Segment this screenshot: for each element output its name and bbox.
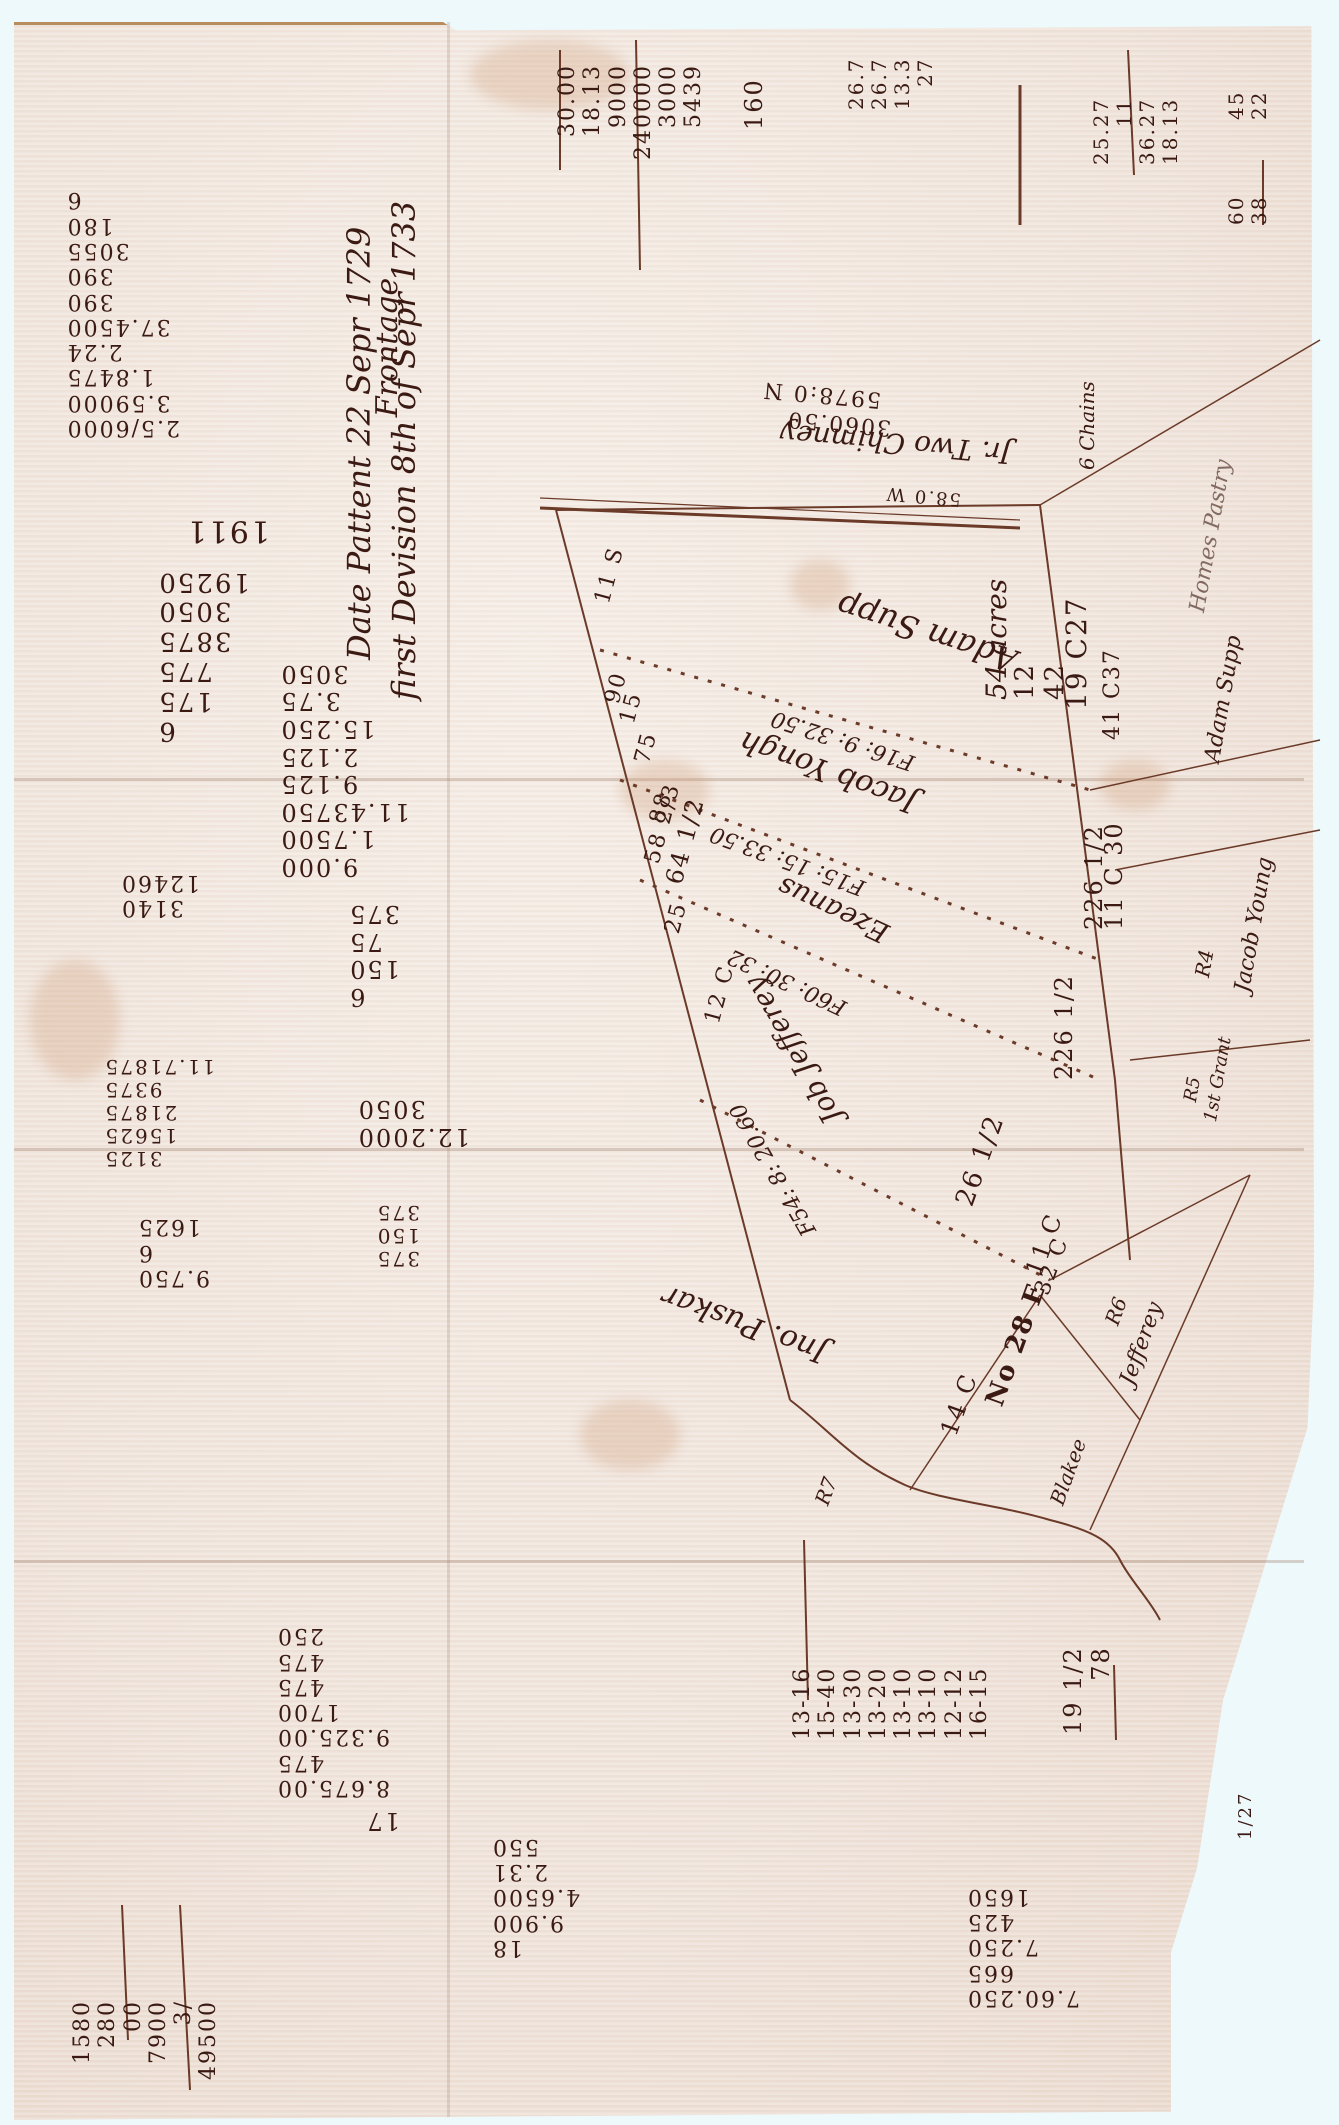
calc-top-right-a: 26.7 26.7 13.3 27 (845, 57, 937, 110)
six-chains-label: 6 Chains (1075, 381, 1099, 470)
lot-r5: R5 (1180, 1075, 1205, 1103)
stain (580, 1400, 680, 1470)
calc-top-center: 30.00 18.13 9000 240000 3000 5439 (555, 64, 707, 160)
chain-226-a: 226 1/2 (1080, 824, 1108, 930)
calc-left-bottom1: 9.750 6 1625 (137, 1214, 210, 1290)
calc-left-mid: 6 175 775 3875 3050 19250 (157, 566, 250, 745)
patent-date-note: Date Pattent 22 Sepr 1729 (340, 227, 378, 660)
calc-top-right-d: 60 38 (1225, 196, 1271, 225)
corner-note: 1/27 (1235, 1792, 1256, 1840)
calc-left-lower: 3125 15625 21875 9375 11.71875 (104, 1055, 215, 1170)
calc-center-lower: 12.2000 3050 (357, 1095, 470, 1150)
calc-160: 160 (740, 78, 768, 130)
calc-center-low: 6 150 75 375 (348, 900, 400, 1010)
year-1911: 1911 (186, 513, 270, 548)
stain (1100, 760, 1170, 810)
calc-17: 17 (365, 1807, 400, 1835)
calc-bottom-col-list: 13-16 15-40 13-30 13-20 13-10 13-10 12-1… (790, 1667, 992, 1740)
calc-top-right-c: 45 22 (1225, 91, 1271, 120)
calc-bottom-right: 7.60.250 665 7.250 425 1650 (966, 1884, 1080, 2010)
acreage-sub-1: 12 (1010, 663, 1040, 700)
calc-bottom-right-fraction: 19 1/2 78 (1060, 1646, 1115, 1735)
first-division-note: first Devision 8th of Sepr 1733 (385, 201, 423, 700)
fold-line (14, 1560, 1304, 1563)
chain-226-b: 226 1/2 (1050, 974, 1078, 1080)
calc-top-right-b: 25.27 11 36.27 18.13 (1090, 98, 1182, 165)
lot-r4: R4 (1190, 948, 1218, 980)
calc-center-mid: 9.000 1.7500 11.43750 9.125 2.125 15.250… (279, 659, 410, 880)
chain-41c37: 41 C37 (1100, 648, 1125, 740)
calc-bottom-center: 18 9.900 4.6500 2.31 550 (491, 1834, 580, 1960)
calc-bottom-far-left: 1580 280 00 7900 3/ 49500 (70, 2000, 222, 2080)
chain-19c27: 19 C27 (1060, 596, 1093, 710)
calc-bottom-left: 8.675.00 475 9.325.00 1700 475 475 250 (276, 1623, 390, 1800)
calc-top-left: 2.5/6000 3.59000 1.8475 2.24 37.4500 390… (66, 187, 180, 440)
calc-left-low: 3140 12460 (120, 869, 200, 920)
calc-center-bottom1: 375 150 375 (376, 1201, 420, 1270)
acreage-note: 54 acres (980, 579, 1013, 700)
